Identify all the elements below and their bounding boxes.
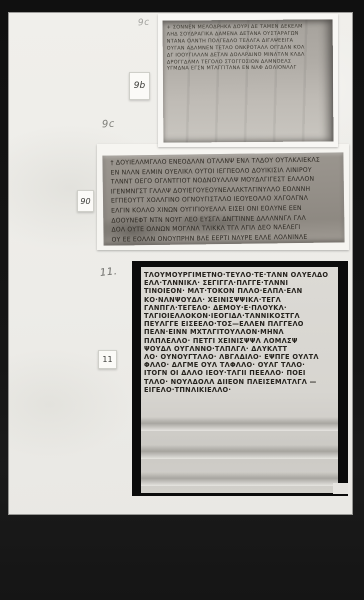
manuscript-line: ΟΥ ΕΕ ΕΟΛΛΝ ΟΝΟΥΠΡΗΝ ΒΛΕ ΕΕΡΤΙ ΝΛΥΡΕ ΕΛΛ…: [111, 232, 335, 245]
manuscript-page-bottom: ΤΛΟΥΜΟΥΡΓΙΜΕΤΝΟ·ΤΕΥΛΟ·ΤΕ·ΤΛΝΝ ΟΛΥΕΛΔΟΛ Ε…: [141, 267, 338, 493]
manuscript-line: ΕΛΛ·ΤΛΝΝΙΚΛ· ΣΕΓΙΓΓΛ·ΠΛΓΓΕ·ΤΛΝΝΙ: [144, 279, 328, 287]
manuscript-photo-bottom-frame: ΤΛΟΥΜΟΥΡΓΙΜΕΤΝΟ·ΤΕΥΛΟ·ΤΕ·ΤΛΝΝ ΟΛΥΕΛΔΟΛ Ε…: [132, 261, 348, 496]
manuscript-line: ΦΛΛΟ· ΔΛΓΜΕ ΟΥΛ ΤΛΦΛΛΟ· ΟΥΛΓ ΤΛΛΟ·: [144, 361, 328, 369]
parchment-strip-middle: † ΔΟΥΙΕΛΛΜΓΛΛΟ ΕΝΕΟΔΛΛΝ ΟΤΛΛΝΨ ΕΝΛ ΤΛΔΟΥ…: [102, 152, 344, 245]
pencil-note-9c-top: 9c: [138, 18, 150, 29]
page-crease: [141, 472, 338, 486]
manuscript-photo-top: + ΣΟΝΝΕΝ ΜΕΛΟΔΡΗΚΑ ΔΟΥΡΙ ΔΕ ΤΑΜΕΝ ΔΕΚΕΛΜ…: [158, 14, 338, 147]
photograph-background: 9c 9c 11. 9b 90 11 + ΣΟΝΝΕΝ ΜΕΛΟΔΡΗΚΑ ΔΟ…: [0, 0, 364, 600]
manuscript-line: ΠΕΛΝ·ΕΙΝΝ ΜΧΤΛΓΙΤΟΥΛΛΟΝ·ΜΗΝΛ: [144, 328, 328, 336]
pencil-note-11: 11.: [99, 266, 117, 279]
page-crease: [141, 417, 338, 431]
manuscript-line: ΨΟΥΔΛ ΟΥΓΛΝΝΟ·ΤΛΠΛΓΛ· ΔΛΥΚΛΤΤ: [144, 345, 328, 353]
manuscript-line: ΤΙΝΟΙΕΟΝ· ΜΛΤ·ΤΟΚΟΝ ΠΛΛΟ·ΕΛΠΛ·ΕΛΝ: [144, 287, 328, 295]
manuscript-line: ΤΛΛΟ· ΝΟΥΛΔΟΛΛ ΔΙΙΕΟΝ ΠΛΕΙΣΕΜΛΤΛΓΛ —: [144, 378, 328, 386]
manuscript-line: ΤΛΟΥΜΟΥΡΓΙΜΕΤΝΟ·ΤΕΥΛΟ·ΤΕ·ΤΛΝΝ ΟΛΥΕΛΔΟΛ: [144, 271, 328, 279]
manuscript-text-block-bottom: ΤΛΟΥΜΟΥΡΓΙΜΕΤΝΟ·ΤΕΥΛΟ·ΤΕ·ΤΛΝΝ ΟΛΥΕΛΔΟΛ Ε…: [144, 271, 336, 394]
manuscript-text-block-middle: † ΔΟΥΙΕΛΛΜΓΛΛΟ ΕΝΕΟΔΛΛΝ ΟΤΛΛΝΨ ΕΝΛ ΤΛΔΟΥ…: [110, 155, 342, 245]
manuscript-line: ΤΛΓΙΟΙΕΛΛΟΚΟΝ·ΙΕΟΓΙΔΛ·ΤΛΝΝΙΚΟΣΤΓΛ: [144, 312, 328, 320]
manuscript-line: ΠΕΥΛΓΓΕ ΕΙΣΕΕΛΟ·ΤΟΣ—ΕΛΛΕΝ ΠΛΓΓΕΛΟ: [144, 320, 328, 328]
parchment-fragment-top: + ΣΟΝΝΕΝ ΜΕΛΟΔΡΗΚΑ ΔΟΥΡΙ ΔΕ ΤΑΜΕΝ ΔΕΚΕΛΜ…: [163, 19, 334, 142]
catalog-sticker-11: 11: [98, 350, 117, 369]
manuscript-line: ΠΛΠΛΕΛΛΟ· ΠΕΤΓΙ ΧΕΙΝΙΣΨΨΛ ΛΟΜΛΣΨ: [144, 337, 328, 345]
pencil-note-9c-left: 9c: [102, 119, 115, 131]
manuscript-line: ΓΛΝΠΓΛ·ΤΕΓΕΛΟ· ΔΕΜΟΥ·Ε·ΠΛΟΥΚΛ·: [144, 304, 328, 312]
manuscript-photo-middle: † ΔΟΥΙΕΛΛΜΓΛΛΟ ΕΝΕΟΔΛΛΝ ΟΤΛΛΝΨ ΕΝΛ ΤΛΔΟΥ…: [97, 144, 349, 250]
frame-corner-notch: [333, 483, 348, 494]
manuscript-line: ΕΙΓΕΛΟ·ΤΠΝΛΙΚΙΕΛΛΟ·: [144, 386, 328, 394]
manuscript-line: ΙΤΟΓΝ ΟΙ ΔΛΛΟ ΙΕΟΥ·ΤΛΓΙΙ ΠΕΕΛΛΟ· ΠΟΕΙ: [144, 369, 328, 377]
manuscript-text-block-top: + ΣΟΝΝΕΝ ΜΕΛΟΔΡΗΚΑ ΔΟΥΡΙ ΔΕ ΤΑΜΕΝ ΔΕΚΕΛΜ…: [167, 23, 330, 72]
manuscript-line: ΛΟ· ΟΥΝΟΥΓΤΛΛΟ· ΛΒΓΛΔΙΛΟ· ΕΨΠΓΕ ΟΥΛΤΛ: [144, 353, 328, 361]
catalog-sticker-9b: 9b: [129, 72, 150, 100]
catalog-sticker-90: 90: [77, 190, 94, 212]
manuscript-line: ΚΟ·ΝΛΝΨΟΥΔΛ· ΧΕΙΝΙΣΨΨΙΚΛ·ΤΕΓΛ: [144, 296, 328, 304]
manuscript-line: ΥΓΜΔΝΑ ΕΓΣΝ ΜΤΛΓΓΙΤΛΝΑ ΕΝ ΝΛΦ ΔΟΛΙΟΝΛΛΓ: [167, 65, 327, 73]
page-crease: [141, 445, 338, 459]
